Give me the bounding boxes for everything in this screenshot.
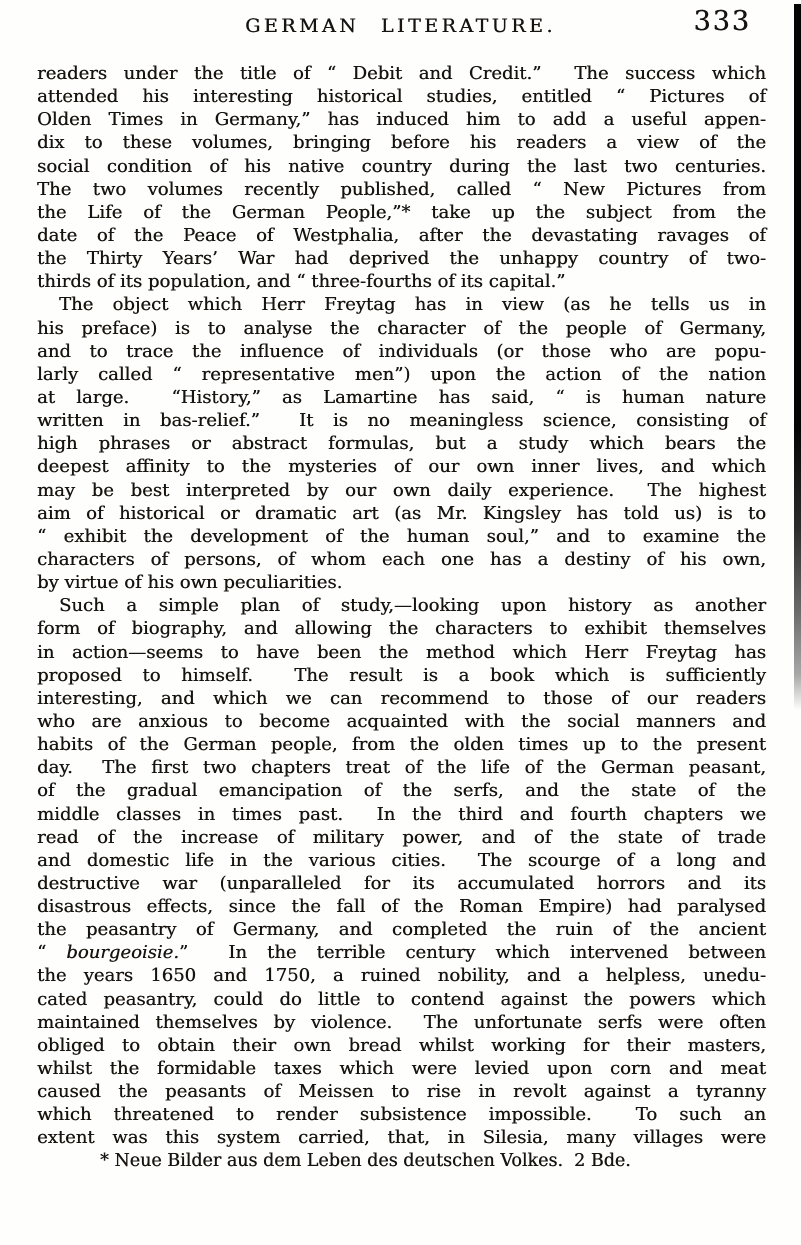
text-line: high phrases or abstract formulas, but a… — [37, 432, 766, 455]
text-line: written in bas-relief.” It is no meaning… — [37, 409, 766, 432]
text-line: attended his interesting historical stud… — [37, 85, 766, 108]
text-line: cated peasantry, could do little to cont… — [37, 988, 766, 1011]
text-line: date of the Peace of Westphalia, after t… — [37, 224, 766, 247]
text-line: by virtue of his own peculiarities. — [37, 571, 766, 594]
text-line: Such a simple plan of study,—looking upo… — [37, 594, 766, 617]
running-head-title: GERMAN LITERATURE. — [0, 15, 801, 37]
text-line: middle classes in times past. In the thi… — [37, 803, 766, 826]
page-number: 333 — [693, 6, 751, 37]
text-line: in action—seems to have been the method … — [37, 641, 766, 664]
scan-edge-artifact — [794, 4, 801, 710]
text-line: the peasantry of Germany, and completed … — [37, 918, 766, 941]
text-line: read of the increase of military power, … — [37, 826, 766, 849]
text-line: The two volumes recently published, call… — [37, 178, 766, 201]
scanned-book-page: GERMAN LITERATURE. 333 readers under the… — [0, 0, 801, 1245]
text-line: social condition of his native country d… — [37, 155, 766, 178]
text-line: extent was this system carried, that, in… — [37, 1126, 766, 1149]
text-line: who are anxious to become acquainted wit… — [37, 710, 766, 733]
text-line: larly called “ representative men”) upon… — [37, 363, 766, 386]
text-line: caused the peasants of Meissen to rise i… — [37, 1080, 766, 1103]
text-line: the Thirty Years’ War had deprived the u… — [37, 247, 766, 270]
text-line: “ exhibit the development of the human s… — [37, 525, 766, 548]
text-line: his preface) is to analyse the character… — [37, 317, 766, 340]
text-line: destructive war (unparalleled for its ac… — [37, 872, 766, 895]
text-line: whilst the formidable taxes which were l… — [37, 1057, 766, 1080]
text-line: thirds of its population, and “ three-fo… — [37, 270, 766, 293]
text-line: disastrous effects, since the fall of th… — [37, 895, 766, 918]
text-line: at large. “History,” as Lamartine has sa… — [37, 386, 766, 409]
text-line: maintained themselves by violence. The u… — [37, 1011, 766, 1034]
text-line: dix to these volumes, bringing before hi… — [37, 131, 766, 154]
text-line: characters of persons, of whom each one … — [37, 548, 766, 571]
text-line: the years 1650 and 1750, a ruined nobili… — [37, 964, 766, 987]
text-line: readers under the title of “ Debit and C… — [37, 62, 766, 85]
text-line: day. The first two chapters treat of the… — [37, 756, 766, 779]
text-line: may be best interpreted by our own daily… — [37, 479, 766, 502]
text-line: habits of the German people, from the ol… — [37, 733, 766, 756]
text-line: “ bourgeoisie.” In the terrible century … — [37, 941, 766, 964]
text-line: obliged to obtain their own bread whilst… — [37, 1034, 766, 1057]
text-line: and to trace the influence of individual… — [37, 340, 766, 363]
text-line: of the gradual emancipation of the serfs… — [37, 779, 766, 802]
body-text: readers under the title of “ Debit and C… — [37, 62, 766, 1173]
italic-term: bourgeoisie. — [66, 942, 179, 963]
text-line: Olden Times in Germany,” has induced him… — [37, 108, 766, 131]
footnote: * Neue Bilder aus dem Leben des deutsche… — [37, 1150, 766, 1173]
text-line: which threatened to render subsistence i… — [37, 1103, 766, 1126]
text-line: aim of historical or dramatic art (as Mr… — [37, 502, 766, 525]
text-line: and domestic life in the various cities.… — [37, 849, 766, 872]
text-line: interesting, and which we can recommend … — [37, 687, 766, 710]
text-line: proposed to himself. The result is a boo… — [37, 664, 766, 687]
text-line: deepest affinity to the mysteries of our… — [37, 455, 766, 478]
text-line: form of biography, and allowing the char… — [37, 617, 766, 640]
text-line: the Life of the German People,”* take up… — [37, 201, 766, 224]
text-line: The object which Herr Freytag has in vie… — [37, 293, 766, 316]
